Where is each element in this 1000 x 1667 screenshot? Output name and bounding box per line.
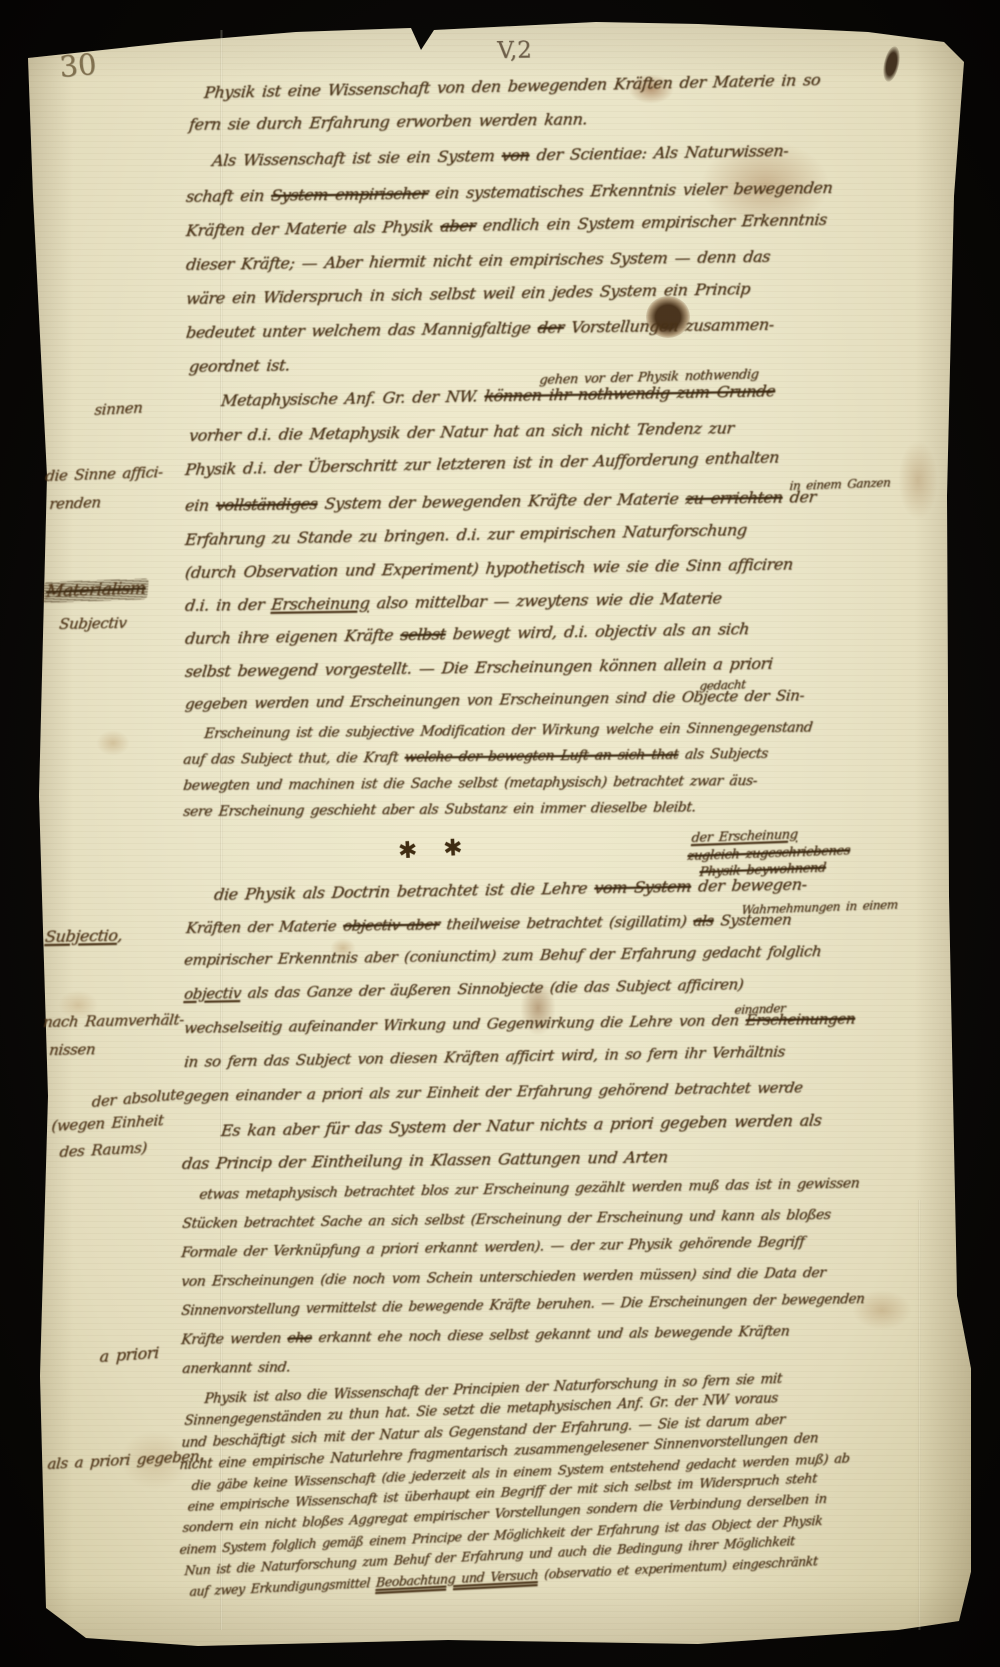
margin-note: a priori [99, 1344, 159, 1366]
reference-asterisks: ✱✱ [397, 834, 489, 865]
margin-note: Materialism [42, 578, 149, 602]
margin-note: renden [49, 494, 102, 512]
manuscript-line: anerkannt sind. [181, 1360, 291, 1377]
archive-page-number: 30 [58, 47, 98, 84]
margin-note: Subjectio, [44, 927, 123, 946]
margin-note: nach Raumverhält- [42, 1012, 184, 1031]
margin-note: sinnen [94, 399, 143, 418]
margin-note: die Sinne affici- [45, 464, 164, 485]
margin-note: nissen [48, 1041, 96, 1058]
manuscript-line: geordnet ist. [188, 357, 291, 376]
margin-note: Subjectiv [58, 615, 127, 633]
manuscript-photograph: 30 V,2 ✱✱ Physik ist eine Wissenschaft v… [0, 0, 1000, 1667]
sheet-label: V,2 [497, 37, 532, 64]
